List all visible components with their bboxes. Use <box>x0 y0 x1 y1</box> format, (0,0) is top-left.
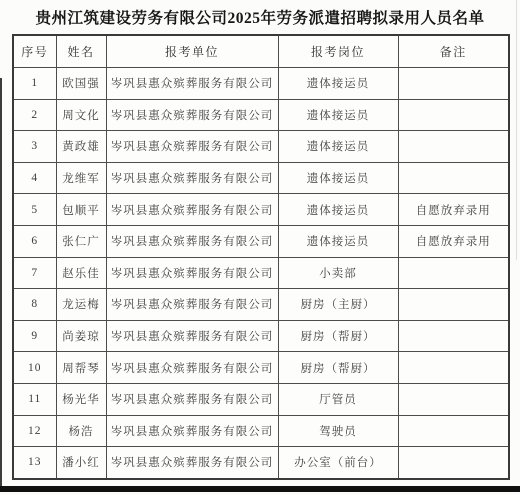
cell-remark <box>398 352 509 384</box>
cell-name: 周帮琴 <box>56 352 106 384</box>
table-row: 7赵乐佳岑巩县惠众殡葬服务有限公司小卖部 <box>13 257 509 289</box>
cell-remark <box>398 257 509 289</box>
table-row: 1欧国强岑巩县惠众殡葬服务有限公司遗体接运员 <box>13 68 509 100</box>
table-header: 序号 姓名 报考单位 报考岗位 备注 <box>13 35 509 68</box>
cell-no: 5 <box>13 194 56 226</box>
cell-position: 小卖部 <box>278 257 398 289</box>
table-row: 3黄政雄岑巩县惠众殡葬服务有限公司遗体接运员 <box>13 131 509 163</box>
cell-no: 12 <box>13 415 56 447</box>
cell-name: 张仁广 <box>56 225 106 257</box>
cell-position: 厨房（主厨） <box>278 289 398 321</box>
table-row: 2周文化岑巩县惠众殡葬服务有限公司遗体接运员 <box>13 99 509 131</box>
cell-remark <box>398 99 509 131</box>
table-row: 10周帮琴岑巩县惠众殡葬服务有限公司厨房（帮厨） <box>13 352 509 384</box>
cell-remark <box>398 131 509 163</box>
cell-unit: 岑巩县惠众殡葬服务有限公司 <box>106 99 278 131</box>
cell-no: 10 <box>13 352 56 384</box>
header-name: 姓名 <box>56 35 106 68</box>
table-body: 1欧国强岑巩县惠众殡葬服务有限公司遗体接运员2周文化岑巩县惠众殡葬服务有限公司遗… <box>13 68 509 479</box>
cell-unit: 岑巩县惠众殡葬服务有限公司 <box>106 289 278 321</box>
cell-name: 尚姜琼 <box>56 320 106 352</box>
cell-position: 遗体接运员 <box>278 68 398 100</box>
cell-no: 8 <box>13 289 56 321</box>
table-row: 5包顺平岑巩县惠众殡葬服务有限公司遗体接运员自愿放弃录用 <box>13 194 509 226</box>
cell-position: 厅管员 <box>278 383 398 415</box>
cell-position: 办公室（前台） <box>278 447 398 479</box>
table-header-row: 序号 姓名 报考单位 报考岗位 备注 <box>13 35 509 68</box>
cell-no: 7 <box>13 257 56 289</box>
cell-position: 驾驶员 <box>278 415 398 447</box>
cell-name: 赵乐佳 <box>56 257 106 289</box>
cell-position: 厨房（帮厨） <box>278 320 398 352</box>
scan-artifact-left-edge-line <box>0 78 2 490</box>
cell-name: 黄政雄 <box>56 131 106 163</box>
cell-no: 6 <box>13 225 56 257</box>
table-row: 13潘小红岑巩县惠众殡葬服务有限公司办公室（前台） <box>13 447 509 479</box>
header-no: 序号 <box>13 35 56 68</box>
cell-name: 潘小红 <box>56 447 106 479</box>
table-row: 12杨浩岑巩县惠众殡葬服务有限公司驾驶员 <box>13 415 509 447</box>
cell-remark <box>398 162 509 194</box>
document-title: 贵州江筑建设劳务有限公司2025年劳务派遣招聘拟录用人员名单 <box>0 6 520 28</box>
cell-unit: 岑巩县惠众殡葬服务有限公司 <box>106 194 278 226</box>
cell-no: 3 <box>13 131 56 163</box>
cell-unit: 岑巩县惠众殡葬服务有限公司 <box>106 225 278 257</box>
cell-no: 2 <box>13 99 56 131</box>
roster-table: 序号 姓名 报考单位 报考岗位 备注 1欧国强岑巩县惠众殡葬服务有限公司遗体接运… <box>12 34 510 480</box>
cell-no: 11 <box>13 383 56 415</box>
cell-position: 遗体接运员 <box>278 162 398 194</box>
cell-position: 遗体接运员 <box>278 99 398 131</box>
table-row: 9尚姜琼岑巩县惠众殡葬服务有限公司厨房（帮厨） <box>13 320 509 352</box>
cell-name: 杨光华 <box>56 383 106 415</box>
cell-name: 龙维军 <box>56 162 106 194</box>
cell-remark <box>398 415 509 447</box>
scan-artifact-bottom-bar <box>0 486 520 492</box>
cell-position: 遗体接运员 <box>278 225 398 257</box>
cell-unit: 岑巩县惠众殡葬服务有限公司 <box>106 352 278 384</box>
table-row: 4龙维军岑巩县惠众殡葬服务有限公司遗体接运员 <box>13 162 509 194</box>
header-unit: 报考单位 <box>106 35 278 68</box>
cell-position: 厨房（帮厨） <box>278 352 398 384</box>
cell-remark: 自愿放弃录用 <box>398 194 509 226</box>
cell-remark <box>398 383 509 415</box>
cell-name: 周文化 <box>56 99 106 131</box>
cell-name: 欧国强 <box>56 68 106 100</box>
scanned-document-page: 贵州江筑建设劳务有限公司2025年劳务派遣招聘拟录用人员名单 序号 姓名 报考单… <box>0 0 520 495</box>
cell-unit: 岑巩县惠众殡葬服务有限公司 <box>106 68 278 100</box>
cell-unit: 岑巩县惠众殡葬服务有限公司 <box>106 447 278 479</box>
cell-unit: 岑巩县惠众殡葬服务有限公司 <box>106 320 278 352</box>
cell-remark <box>398 68 509 100</box>
cell-no: 9 <box>13 320 56 352</box>
header-remark: 备注 <box>398 35 509 68</box>
cell-unit: 岑巩县惠众殡葬服务有限公司 <box>106 162 278 194</box>
cell-remark <box>398 289 509 321</box>
cell-no: 13 <box>13 447 56 479</box>
table-row: 11杨光华岑巩县惠众殡葬服务有限公司厅管员 <box>13 383 509 415</box>
scan-artifact-right-edge-line <box>516 0 517 260</box>
header-position: 报考岗位 <box>278 35 398 68</box>
cell-remark <box>398 320 509 352</box>
cell-remark: 自愿放弃录用 <box>398 225 509 257</box>
table-row: 6张仁广岑巩县惠众殡葬服务有限公司遗体接运员自愿放弃录用 <box>13 225 509 257</box>
cell-name: 杨浩 <box>56 415 106 447</box>
cell-position: 遗体接运员 <box>278 194 398 226</box>
cell-position: 遗体接运员 <box>278 131 398 163</box>
cell-unit: 岑巩县惠众殡葬服务有限公司 <box>106 383 278 415</box>
cell-name: 包顺平 <box>56 194 106 226</box>
table-row: 8龙运梅岑巩县惠众殡葬服务有限公司厨房（主厨） <box>13 289 509 321</box>
cell-unit: 岑巩县惠众殡葬服务有限公司 <box>106 415 278 447</box>
cell-no: 1 <box>13 68 56 100</box>
cell-name: 龙运梅 <box>56 289 106 321</box>
cell-remark <box>398 447 509 479</box>
cell-unit: 岑巩县惠众殡葬服务有限公司 <box>106 131 278 163</box>
cell-no: 4 <box>13 162 56 194</box>
cell-unit: 岑巩县惠众殡葬服务有限公司 <box>106 257 278 289</box>
